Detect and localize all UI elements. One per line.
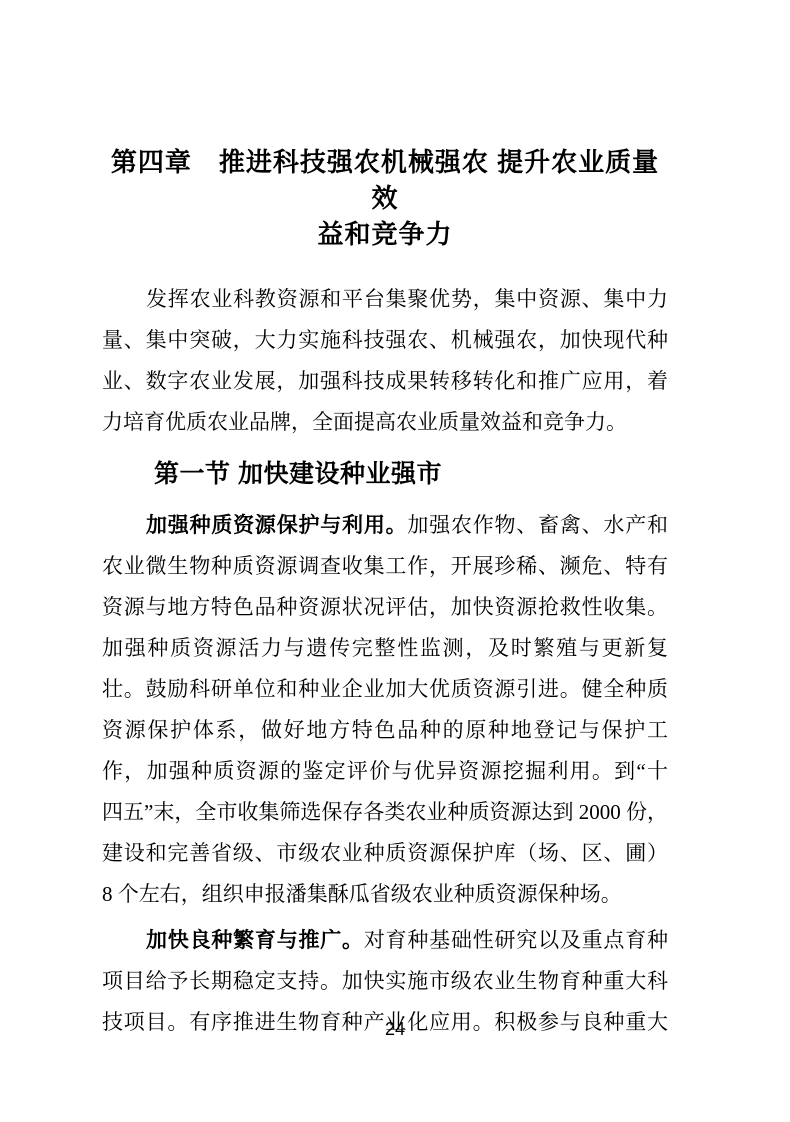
text-line: 8 个左右，组织申报潘集酥瓜省级农业种质资源保种场。: [102, 874, 668, 915]
text-line: 资源保护体系，做好地方特色品种的原种地登记与保护工: [102, 710, 668, 751]
text-line: 农业微生物种质资源调查收集工作，开展珍稀、濒危、特有: [102, 546, 668, 587]
paragraph-lead: 加快良种繁育与推广。: [146, 929, 364, 952]
text-line: 加强种质资源活力与遗传完整性监测，及时繁殖与更新复: [102, 628, 668, 669]
paragraph-lead: 加强种质资源保护与利用。: [146, 514, 407, 537]
section-heading: 第一节 加快建设种业强市: [154, 459, 668, 489]
page-number: 24: [0, 1018, 790, 1040]
chapter-heading-line-1: 第四章 推进科技强农机械强农 提升农业质量效: [102, 144, 668, 216]
paragraph-first-line-rest: 对育种基础性研究以及重点育种: [364, 928, 668, 952]
paragraph-germplasm-protection: 加强种质资源保护与利用。加强农作物、畜禽、水产和 农业微生物种质资源调查收集工作…: [102, 505, 668, 915]
text-line: 力培育优质农业品牌，全面提高农业质量效益和竞争力。: [102, 402, 668, 443]
text-line: 业、数字农业发展，加强科技成果转移转化和推广应用，着: [102, 361, 668, 402]
text-line: 加强种质资源保护与利用。加强农作物、畜禽、水产和: [102, 505, 668, 546]
text-line: 项目给予长期稳定支持。加快实施市级农业生物育种重大科: [102, 961, 668, 1002]
text-line: 资源与地方特色品种资源状况评估，加快资源抢救性收集。: [102, 587, 668, 628]
text-column: 第四章 推进科技强农机械强农 提升农业质量效 益和竞争力 发挥农业科教资源和平台…: [102, 0, 668, 1043]
paragraph-first-line-rest: 加强农作物、畜禽、水产和: [407, 513, 668, 537]
text-line: 作，加强种质资源的鉴定评价与优异资源挖掘利用。到“十: [102, 751, 668, 792]
text-line: 建设和完善省级、市级农业种质资源保护库（场、区、圃）: [102, 833, 668, 874]
chapter-heading-line-2: 益和竞争力: [102, 216, 668, 252]
document-page: 第四章 推进科技强农机械强农 提升农业质量效 益和竞争力 发挥农业科教资源和平台…: [0, 0, 790, 1122]
text-line: 发挥农业科教资源和平台集聚优势，集中资源、集中力: [102, 279, 668, 320]
text-line: 加快良种繁育与推广。对育种基础性研究以及重点育种: [102, 920, 668, 961]
paragraph-continuation: 农业微生物种质资源调查收集工作，开展珍稀、濒危、特有资源与地方特色品种资源状况评…: [102, 546, 668, 915]
text-line: 四五”末，全市收集筛选保存各类农业种质资源达到 2000 份，: [102, 792, 668, 833]
text-line: 壮。鼓励科研单位和种业企业加大优质资源引进。健全种质: [102, 669, 668, 710]
text-line: 量、集中突破，大力实施科技强农、机械强农，加快现代种: [102, 320, 668, 361]
intro-paragraph: 发挥农业科教资源和平台集聚优势，集中资源、集中力量、集中突破，大力实施科技强农、…: [102, 279, 668, 443]
chapter-heading: 第四章 推进科技强农机械强农 提升农业质量效 益和竞争力: [102, 144, 668, 252]
